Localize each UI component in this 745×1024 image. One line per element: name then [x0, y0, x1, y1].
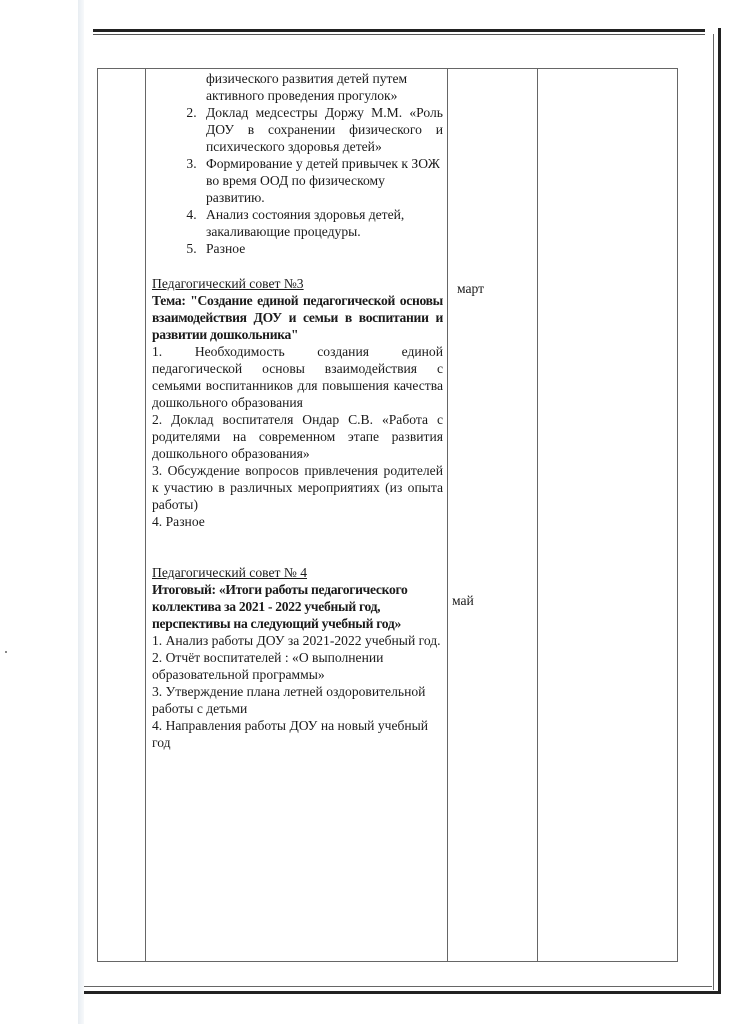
list-item: Формирование у детей привычек к ЗОЖ во в… [200, 155, 443, 206]
content-cell: физического развития детей путем активно… [146, 69, 448, 962]
page-frame-top-inner [93, 34, 705, 35]
page-frame-right [718, 28, 721, 994]
fragment-line: активного проведения прогулок» [206, 87, 443, 104]
list-item: Разное [200, 240, 443, 257]
responsible-cell [538, 69, 678, 962]
council-3-theme: Тема: "Создание единой педагогической ос… [152, 292, 443, 343]
number-cell [98, 69, 146, 962]
page-frame-right-inner [713, 34, 714, 990]
list-item: 1. Необходимость создания единой педагог… [152, 343, 443, 411]
council-4-title: Педагогический совет № 4 [152, 564, 443, 581]
list-item: 4. Направления работы ДОУ на новый учебн… [152, 717, 443, 751]
council-3-section: Педагогический совет №3 Тема: "Создание … [152, 275, 443, 530]
council-3-month: март [457, 281, 484, 297]
list-item: 3. Утверждение плана летней оздоровитель… [152, 683, 443, 717]
page-frame-bottom-inner [84, 986, 712, 987]
continuation-list: Доклад медсестры Доржу М.М. «Роль ДОУ в … [152, 104, 443, 257]
page-frame-bottom [84, 991, 721, 994]
list-item: 1. Анализ работы ДОУ за 2021-2022 учебны… [152, 632, 443, 649]
scan-speck [5, 651, 7, 653]
table-row: физического развития детей путем активно… [98, 69, 678, 962]
plan-table: физического развития детей путем активно… [97, 68, 678, 962]
council-4-month: май [452, 593, 474, 609]
month-cell [448, 69, 538, 962]
council-4-theme: Итоговый: «Итоги работы педагогического … [152, 581, 443, 632]
list-item: 2. Доклад воспитателя Ондар С.В. «Работа… [152, 411, 443, 462]
list-item: Анализ состояния здоровья детей, закалив… [200, 206, 443, 240]
list-item: Доклад медсестры Доржу М.М. «Роль ДОУ в … [200, 104, 443, 155]
continuation-fragment: физического развития детей путем активно… [152, 70, 443, 104]
list-item: 2. Отчёт воспитателей : «О выполнении об… [152, 649, 443, 683]
scan-edge-shadow [78, 0, 84, 1024]
fragment-line: физического развития детей путем [206, 70, 443, 87]
page-frame-top [93, 29, 705, 32]
list-item: 4. Разное [152, 513, 443, 530]
council-4-section: Педагогический совет № 4 Итоговый: «Итог… [152, 564, 443, 751]
list-item: 3. Обсуждение вопросов привлечения родит… [152, 462, 443, 513]
council-3-title: Педагогический совет №3 [152, 275, 443, 292]
